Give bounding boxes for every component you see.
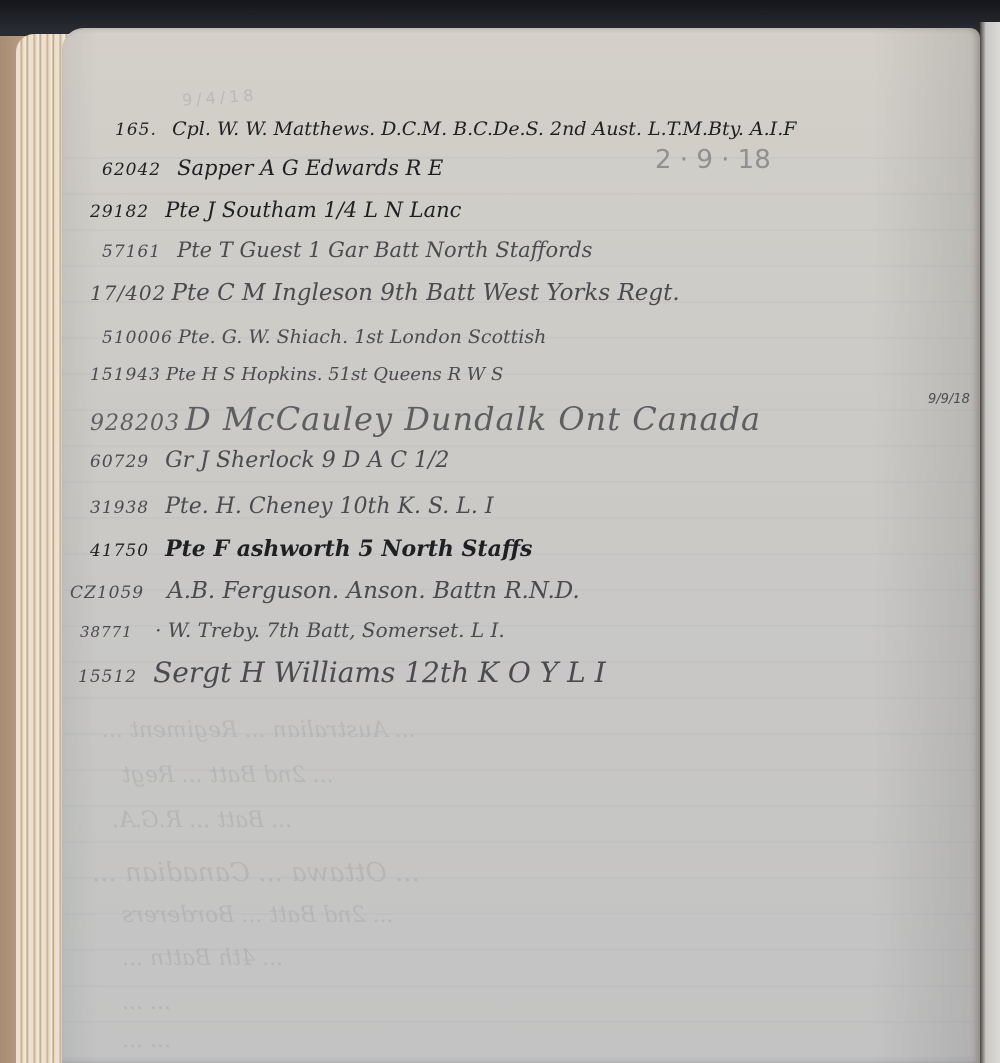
register-entry: 17/402 Pte C M Ingleson 9th Batt West Yo… [90, 280, 680, 306]
facing-page-edge [980, 22, 1000, 1063]
register-entry: 151943 Pte H S Hopkins. 51st Queens R W … [90, 364, 503, 385]
register-entry: 928203 D McCauley Dundalk Ont Canada [90, 400, 761, 438]
entry-number: 928203 [90, 411, 180, 436]
register-entry: CZ1059 A.B. Ferguson. Anson. Battn R.N.D… [70, 578, 580, 604]
entry-number: 62042 [102, 160, 172, 180]
entry-text: D McCauley Dundalk Ont Canada [185, 400, 761, 438]
register-entry: 510006 Pte. G. W. Shiach. 1st London Sco… [102, 326, 546, 348]
entry-text: Sergt H Williams 12th K O Y L I [153, 656, 606, 689]
entry-text: Gr J Sherlock 9 D A C 1/2 [165, 448, 449, 473]
entry-number: 29182 [90, 202, 160, 222]
register-entry: 57161 Pte T Guest 1 Gar Batt North Staff… [102, 238, 592, 262]
entry-text: Pte. G. W. Shiach. 1st London Scottish [178, 326, 546, 348]
entry-text: · W. Treby. 7th Batt, Somerset. L I. [155, 618, 505, 642]
register-entry: 41750 Pte F ashworth 5 North Staffs [90, 536, 532, 562]
entry-number: 60729 [90, 452, 160, 472]
date-note: 9/9/18 [928, 392, 970, 407]
entry-text: Pte F ashworth 5 North Staffs [165, 536, 532, 562]
register-entry: 62042 Sapper A G Edwards R E [102, 156, 443, 180]
entry-number: CZ1059 [70, 583, 162, 603]
entry-text: Pte C M Ingleson 9th Batt West Yorks Reg… [171, 280, 679, 306]
entry-number: 165. [115, 120, 167, 140]
faint-corner-mark: 9/4/18 [181, 85, 258, 109]
entry-number: 151943 [90, 365, 161, 385]
date-note: 2 · 9 · 18 [655, 145, 771, 175]
entry-text: Pte H S Hopkins. 51st Queens R W S [166, 364, 503, 385]
entry-number: 15512 [78, 667, 148, 687]
register-entry: 165. Cpl. W. W. Matthews. D.C.M. B.C.De.… [115, 118, 796, 140]
entry-text: Pte T Guest 1 Gar Batt North Staffords [177, 238, 592, 262]
entry-number: 31938 [90, 498, 160, 518]
entry-text: Cpl. W. W. Matthews. D.C.M. B.C.De.S. 2n… [172, 118, 796, 140]
entry-number: 57161 [102, 242, 172, 262]
entry-number: 510006 [102, 328, 173, 348]
register-entry: 29182 Pte J Southam 1/4 L N Lanc [90, 198, 461, 222]
register-entry: 15512 Sergt H Williams 12th K O Y L I [78, 656, 606, 689]
register-entry: 60729 Gr J Sherlock 9 D A C 1/2 [90, 448, 449, 473]
entry-text: A.B. Ferguson. Anson. Battn R.N.D. [167, 578, 580, 604]
entry-text: Sapper A G Edwards R E [177, 156, 443, 180]
entry-text: Pte J Southam 1/4 L N Lanc [165, 198, 461, 222]
register-entry: 38771 · W. Treby. 7th Batt, Somerset. L … [80, 618, 505, 642]
register-entry: 31938 Pte. H. Cheney 10th K. S. L. I [90, 494, 494, 519]
entry-number: 41750 [90, 541, 160, 561]
entry-number: 17/402 [90, 281, 166, 305]
entry-number: 38771 [80, 623, 150, 641]
entry-text: Pte. H. Cheney 10th K. S. L. I [165, 494, 493, 519]
